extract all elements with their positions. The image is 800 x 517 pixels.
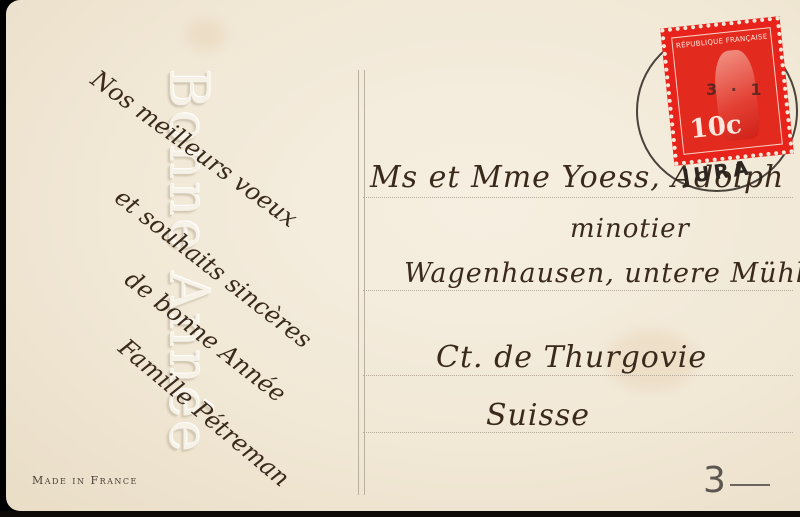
pencil-note: 3 xyxy=(703,460,726,501)
postcard: Bonne Année Nos meilleurs voeux et souha… xyxy=(6,0,800,511)
stamp-value: 10c xyxy=(688,110,743,145)
address-line-4: Ct. de Thurgovie xyxy=(436,340,707,375)
pencil-dash xyxy=(730,484,770,486)
made-in-france-imprint: Made in France xyxy=(32,474,138,487)
address-guide-line xyxy=(363,197,793,198)
address-guide-line xyxy=(363,290,793,291)
scan-edge xyxy=(0,511,800,517)
address-line-3: Wagenhausen, untere Mühle xyxy=(404,258,800,289)
stain xyxy=(186,20,226,50)
address-line-2: minotier xyxy=(570,214,690,244)
postmark-date: 3 · 1 xyxy=(706,80,765,99)
stamp-country: RÉPUBLIQUE FRANÇAISE xyxy=(673,32,771,50)
address-line-5: Suisse xyxy=(486,398,590,433)
address-guide-line xyxy=(363,375,793,376)
